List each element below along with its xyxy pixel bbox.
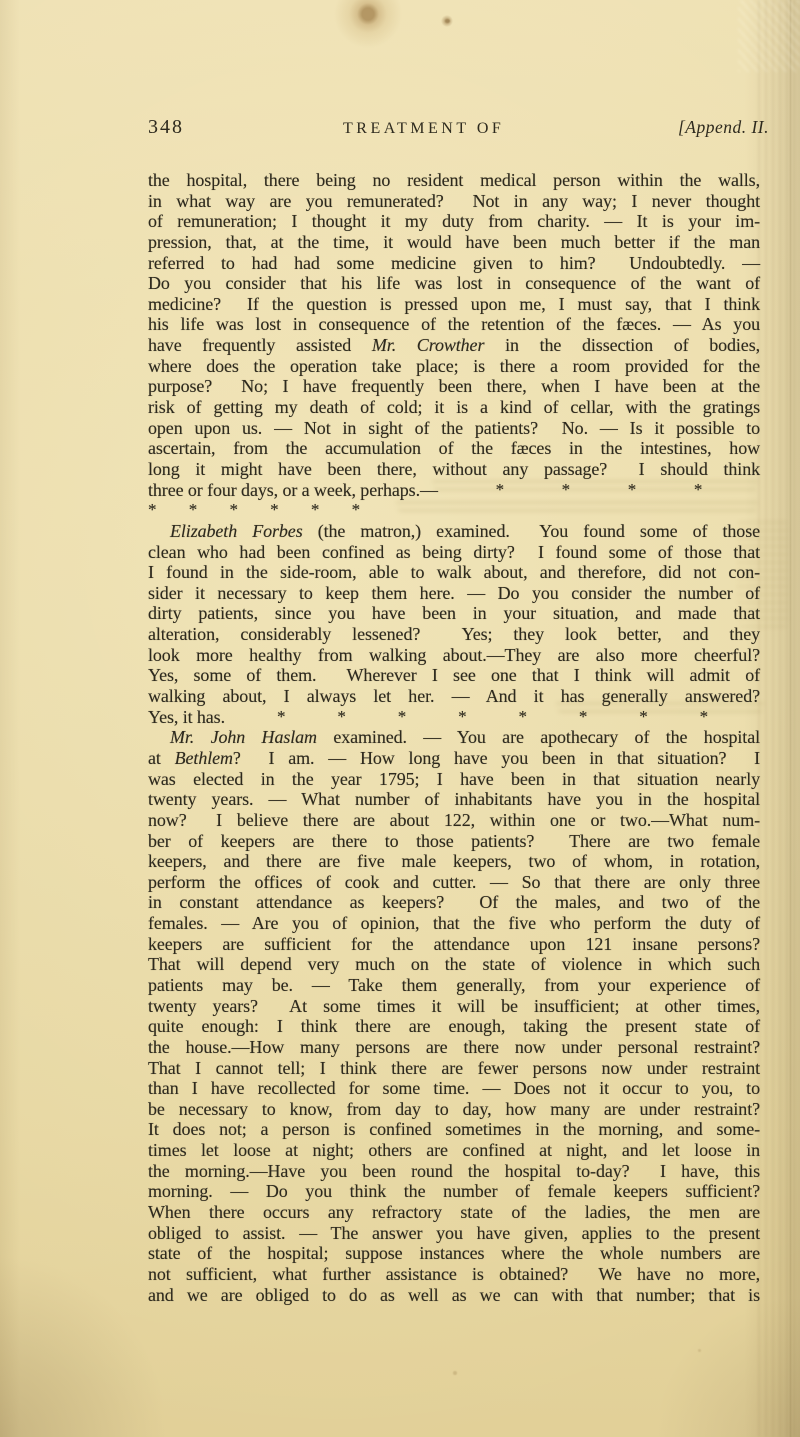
text-line: was elected in the year 1795; I have bee… — [148, 769, 760, 790]
italic-proper-name: Elizabeth Forbes — [170, 521, 303, 541]
text-line: the house.—How many persons are there no… — [148, 1037, 760, 1058]
italic-proper-name: Mr. John Haslam — [170, 727, 317, 747]
page-number: 348 — [148, 116, 184, 139]
text-line: in what way are you remunerated? Not in … — [148, 191, 760, 212]
text-line: referred to had had some medicine given … — [148, 253, 760, 274]
text-line: not sufficient, what further assistance … — [148, 1264, 760, 1285]
text-line: now? I believe there are about 122, with… — [148, 810, 760, 831]
text-line: keepers, and there are five male keepers… — [148, 851, 760, 872]
text-line: twenty years? At some times it will be i… — [148, 996, 760, 1017]
text-line: in constant attendance as keepers? Of th… — [148, 892, 760, 913]
italic-proper-name: Mr. Crowther — [372, 335, 484, 355]
text-line: That will depend very much on the state … — [148, 954, 760, 975]
asterisk-group: **** — [438, 480, 760, 501]
text-line: medicine? If the question is pressed upo… — [148, 294, 760, 315]
text-line: patients may be. — Take them generally, … — [148, 975, 760, 996]
text-line: risk of getting my death of cold; it is … — [148, 397, 760, 418]
text-line: When there occurs any refractory state o… — [148, 1202, 760, 1223]
text-line: long it might have been there, without a… — [148, 459, 760, 480]
text-line: alteration, considerably lessened? Yes; … — [148, 624, 760, 645]
text-line: at Bethlem? I am. — How long have you be… — [148, 748, 760, 769]
text-line: times let loose at night; others are con… — [148, 1140, 760, 1161]
asterisk-group: ******** — [225, 707, 760, 728]
text-line: That I cannot tell; I think there are fe… — [148, 1058, 760, 1079]
text-line: where does the operation take place; is … — [148, 356, 760, 377]
text-line: the morning.—Have you been round the hos… — [148, 1161, 760, 1182]
text-line: perform the offices of cook and cutter. … — [148, 872, 760, 893]
running-header: 348 TREATMENT OF [Append. II. — [148, 114, 760, 146]
text-line: walking about, I always let her. — And i… — [148, 686, 760, 707]
text-line: open upon us. — Not in sight of the pati… — [148, 418, 760, 439]
text-line: dirty patients, since you have been in y… — [148, 603, 760, 624]
text-line: Elizabeth Forbes (the matron,) examined.… — [148, 521, 760, 542]
text-line: state of the hospital; suppose instances… — [148, 1243, 760, 1264]
text-block: the hospital, there being no resident me… — [148, 170, 760, 1305]
running-title: TREATMENT OF — [343, 120, 504, 138]
italic-proper-name: Bethlem — [175, 748, 233, 768]
paragraph: Elizabeth Forbes (the matron,) examined.… — [148, 521, 760, 727]
text-line: morning. — Do you think the number of fe… — [148, 1181, 760, 1202]
text-line: be necessary to know, from day to day, h… — [148, 1099, 760, 1120]
appendix-label: [Append. II. — [678, 117, 769, 138]
text-line: his life was lost in consequence of the … — [148, 314, 760, 335]
ink-speck — [698, 1349, 701, 1352]
paragraph: Mr. John Haslam examined. — You are apot… — [148, 727, 760, 1305]
text-line: than I have recollected for some time. —… — [148, 1078, 760, 1099]
page-crease-line — [789, 0, 792, 1437]
text-line: look more healthy from walking about.—Th… — [148, 645, 760, 666]
text-line: I found in the side-room, able to walk a… — [148, 562, 760, 583]
text-line: Yes, some of them. Wherever I see one th… — [148, 665, 760, 686]
text-line: females. — Are you of opinion, that the … — [148, 913, 760, 934]
text-line: clean who had been confined as being dir… — [148, 542, 760, 563]
ink-speck — [445, 19, 450, 23]
text-line: sider it necessary to keep them here. — … — [148, 583, 760, 604]
text-line: ascertain, from the accumulation of the … — [148, 438, 760, 459]
text-line: the hospital, there being no resident me… — [148, 170, 760, 191]
text-line: and we are obliged to do as well as we c… — [148, 1285, 760, 1306]
text-line: It does not; a person is confined someti… — [148, 1119, 760, 1140]
corner-scuff-texture — [738, 0, 800, 72]
scanned-book-page: 348 TREATMENT OF [Append. II. the hospit… — [0, 0, 800, 1437]
text-line: pression, that, at the time, it would ha… — [148, 232, 760, 253]
asterisk-separator-row: ****** — [148, 500, 360, 521]
text-line: Yes, it has.******** — [148, 707, 760, 728]
text-line: purpose? No; I have frequently been ther… — [148, 376, 760, 397]
text-line: quite enough: I think there are enough, … — [148, 1016, 760, 1037]
paragraph: the hospital, there being no resident me… — [148, 170, 760, 521]
text-line: twenty years. — What number of inhabitan… — [148, 789, 760, 810]
text-line: Mr. John Haslam examined. — You are apot… — [148, 727, 760, 748]
text-line: keepers are sufficient for the attendanc… — [148, 934, 760, 955]
text-line: of remuneration; I thought it my duty fr… — [148, 211, 760, 232]
scan-edge-streaks — [758, 0, 800, 1437]
text-line: have frequently assisted Mr. Crowther in… — [148, 335, 760, 356]
text-line: ber of keepers are there to those patien… — [148, 831, 760, 852]
ink-speck — [453, 1371, 457, 1375]
text-line: three or four days, or a week, perhaps.—… — [148, 480, 760, 501]
text-line: obliged to assist. — The answer you have… — [148, 1223, 760, 1244]
text-line: Do you consider that his life was lost i… — [148, 273, 760, 294]
